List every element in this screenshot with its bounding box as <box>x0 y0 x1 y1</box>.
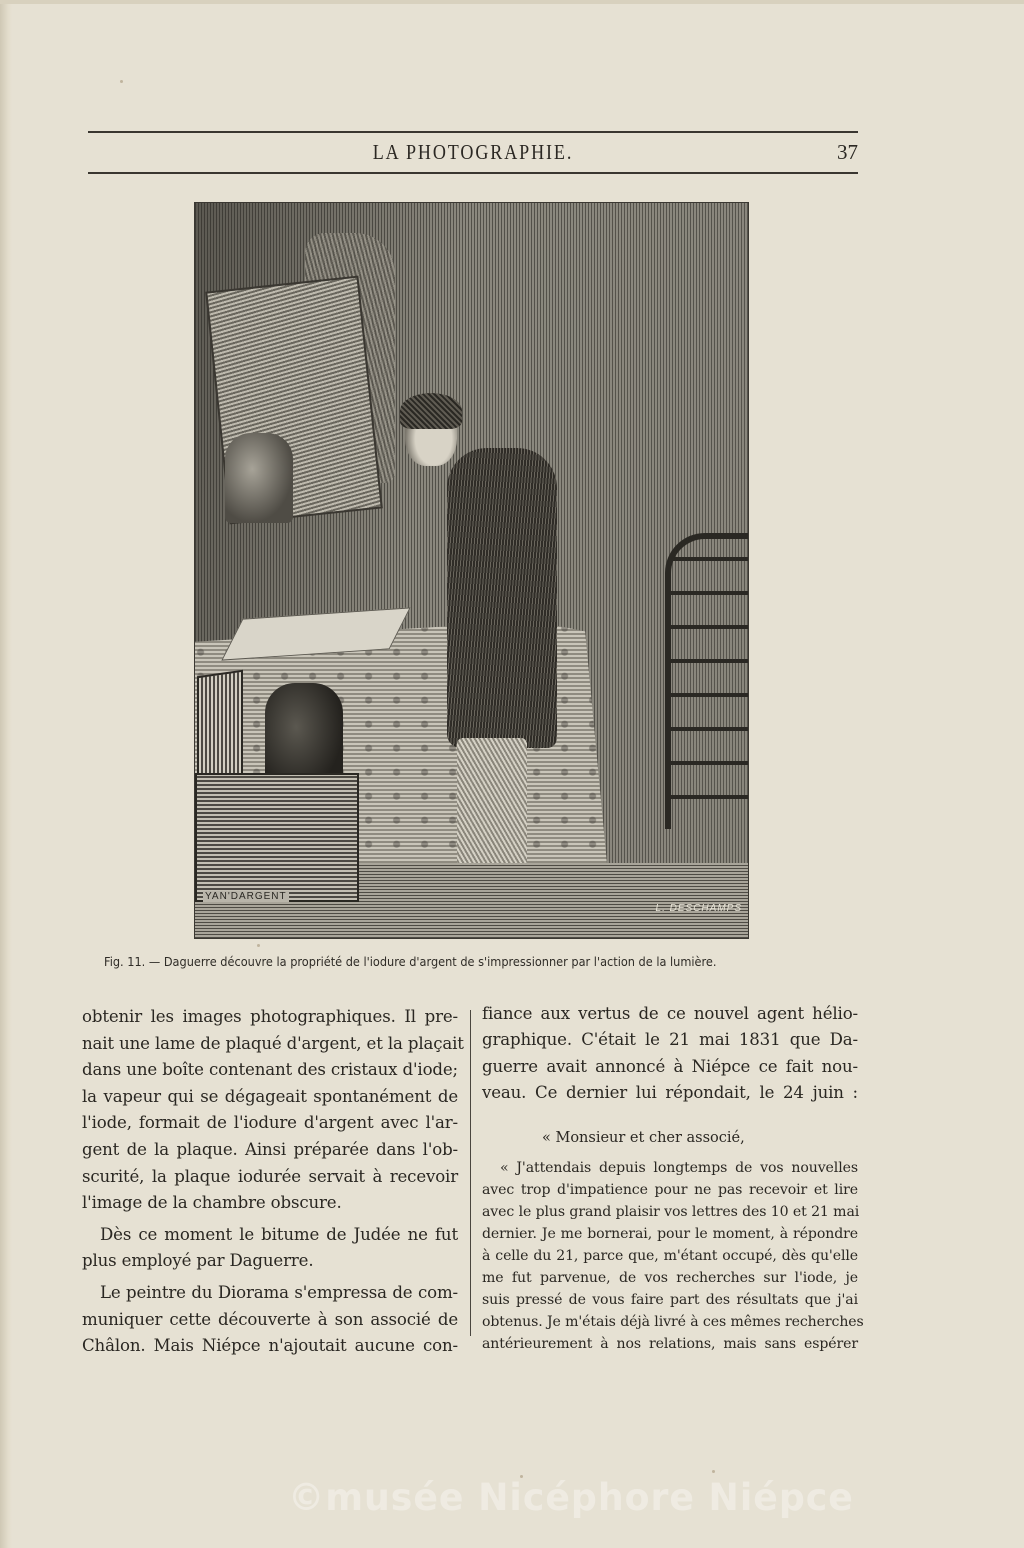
paper-speck <box>712 1470 715 1473</box>
text-line: obtenir les images photographiques. Il p… <box>82 1004 458 1031</box>
text-line: guerre avait annoncé à Niépce ce fait no… <box>482 1057 858 1083</box>
text-line: Le peintre du Diorama s'empressa de com- <box>82 1280 458 1307</box>
text-line: scurité, la plaque iodurée servait à rec… <box>82 1164 458 1191</box>
text-line: gent de la plaque. Ainsi préparée dans l… <box>82 1137 458 1164</box>
quote-line: avec trop d'impatience pour ne pas recev… <box>482 1179 858 1201</box>
engraving-iodine-box <box>195 773 359 902</box>
engraving-glass-jar <box>225 433 293 523</box>
page-number: 37 <box>837 140 858 165</box>
letter-salutation: « Monsieur et cher associé, <box>482 1125 858 1151</box>
quote-line: suis pressé de vous faire part des résul… <box>482 1289 858 1311</box>
quote-line: « J'attendais depuis longtemps de vos no… <box>482 1157 858 1179</box>
figure-caption-text: — Daguerre découvre la propriété de l'io… <box>145 955 716 969</box>
engraving-illustration: YAN'DARGENT L. DESCHAMPS <box>194 202 749 939</box>
letter-quote: « J'attendais depuis longtemps de vos no… <box>482 1157 858 1355</box>
text-line: veau. Ce dernier lui répondait, le 24 ju… <box>482 1083 858 1109</box>
quote-line: obtenus. Je m'étais déjà livré à ces mêm… <box>482 1311 858 1333</box>
left-column: obtenir les images photographiques. Il p… <box>82 1004 458 1360</box>
text-line: Dès ce moment le bitume de Judée ne fut <box>82 1222 458 1249</box>
text-line: Châlon. Mais Niépce n'ajoutait aucune co… <box>82 1333 458 1360</box>
text-line: l'iode, formait de l'iodure d'argent ave… <box>82 1110 458 1137</box>
running-title: LA PHOTOGRAPHIE. <box>142 140 804 165</box>
text-line: plus employé par Daguerre. <box>82 1248 458 1275</box>
header-rule-top <box>88 131 858 133</box>
right-column: fiance aux vertus de ce nouvel agent hél… <box>482 1004 858 1355</box>
header-rule-bottom <box>88 172 858 174</box>
text-line: dans une boîte contenant des cristaux d'… <box>82 1057 458 1084</box>
engraving-daguerre-figure <box>447 448 557 748</box>
quote-line: dernier. Je me bornerai, pour le moment,… <box>482 1223 858 1245</box>
figure-label: Fig. 11. <box>104 955 145 969</box>
engraver-signature-left: YAN'DARGENT <box>203 891 289 902</box>
text-line: graphique. C'était le 21 mai 1831 que Da… <box>482 1030 858 1056</box>
text-line: l'image de la chambre obscure. <box>82 1190 458 1217</box>
quote-line: à celle du 21, parce que, m'étant occupé… <box>482 1245 858 1267</box>
running-head: LA PHOTOGRAPHIE. 37 <box>88 138 858 168</box>
quote-line: me fut parvenue, de vos recherches sur l… <box>482 1267 858 1289</box>
column-divider <box>470 1010 471 1336</box>
text-line: nait une lame de plaqué d'argent, et la … <box>82 1031 458 1058</box>
page-edge-top <box>0 0 1024 4</box>
quote-line: antérieurement à nos relations, mais san… <box>482 1333 858 1355</box>
engraving-chair <box>665 533 749 829</box>
paper-speck <box>257 944 260 947</box>
engraving-daguerre-hair <box>400 393 462 429</box>
copyright-watermark: ©musée Nicéphore Niépce <box>288 1476 854 1519</box>
text-line: muniquer cette découverte à son associé … <box>82 1307 458 1334</box>
text-line: la vapeur qui se dégageait spontanément … <box>82 1084 458 1111</box>
figure-caption: Fig. 11. — Daguerre découvre la propriét… <box>104 955 829 969</box>
paper-speck <box>120 80 123 83</box>
page-edge <box>0 0 12 1548</box>
quote-line: avec le plus grand plaisir vos lettres d… <box>482 1201 858 1223</box>
text-line: fiance aux vertus de ce nouvel agent hél… <box>482 1004 858 1030</box>
engraver-signature-right: L. DESCHAMPS <box>656 903 742 914</box>
